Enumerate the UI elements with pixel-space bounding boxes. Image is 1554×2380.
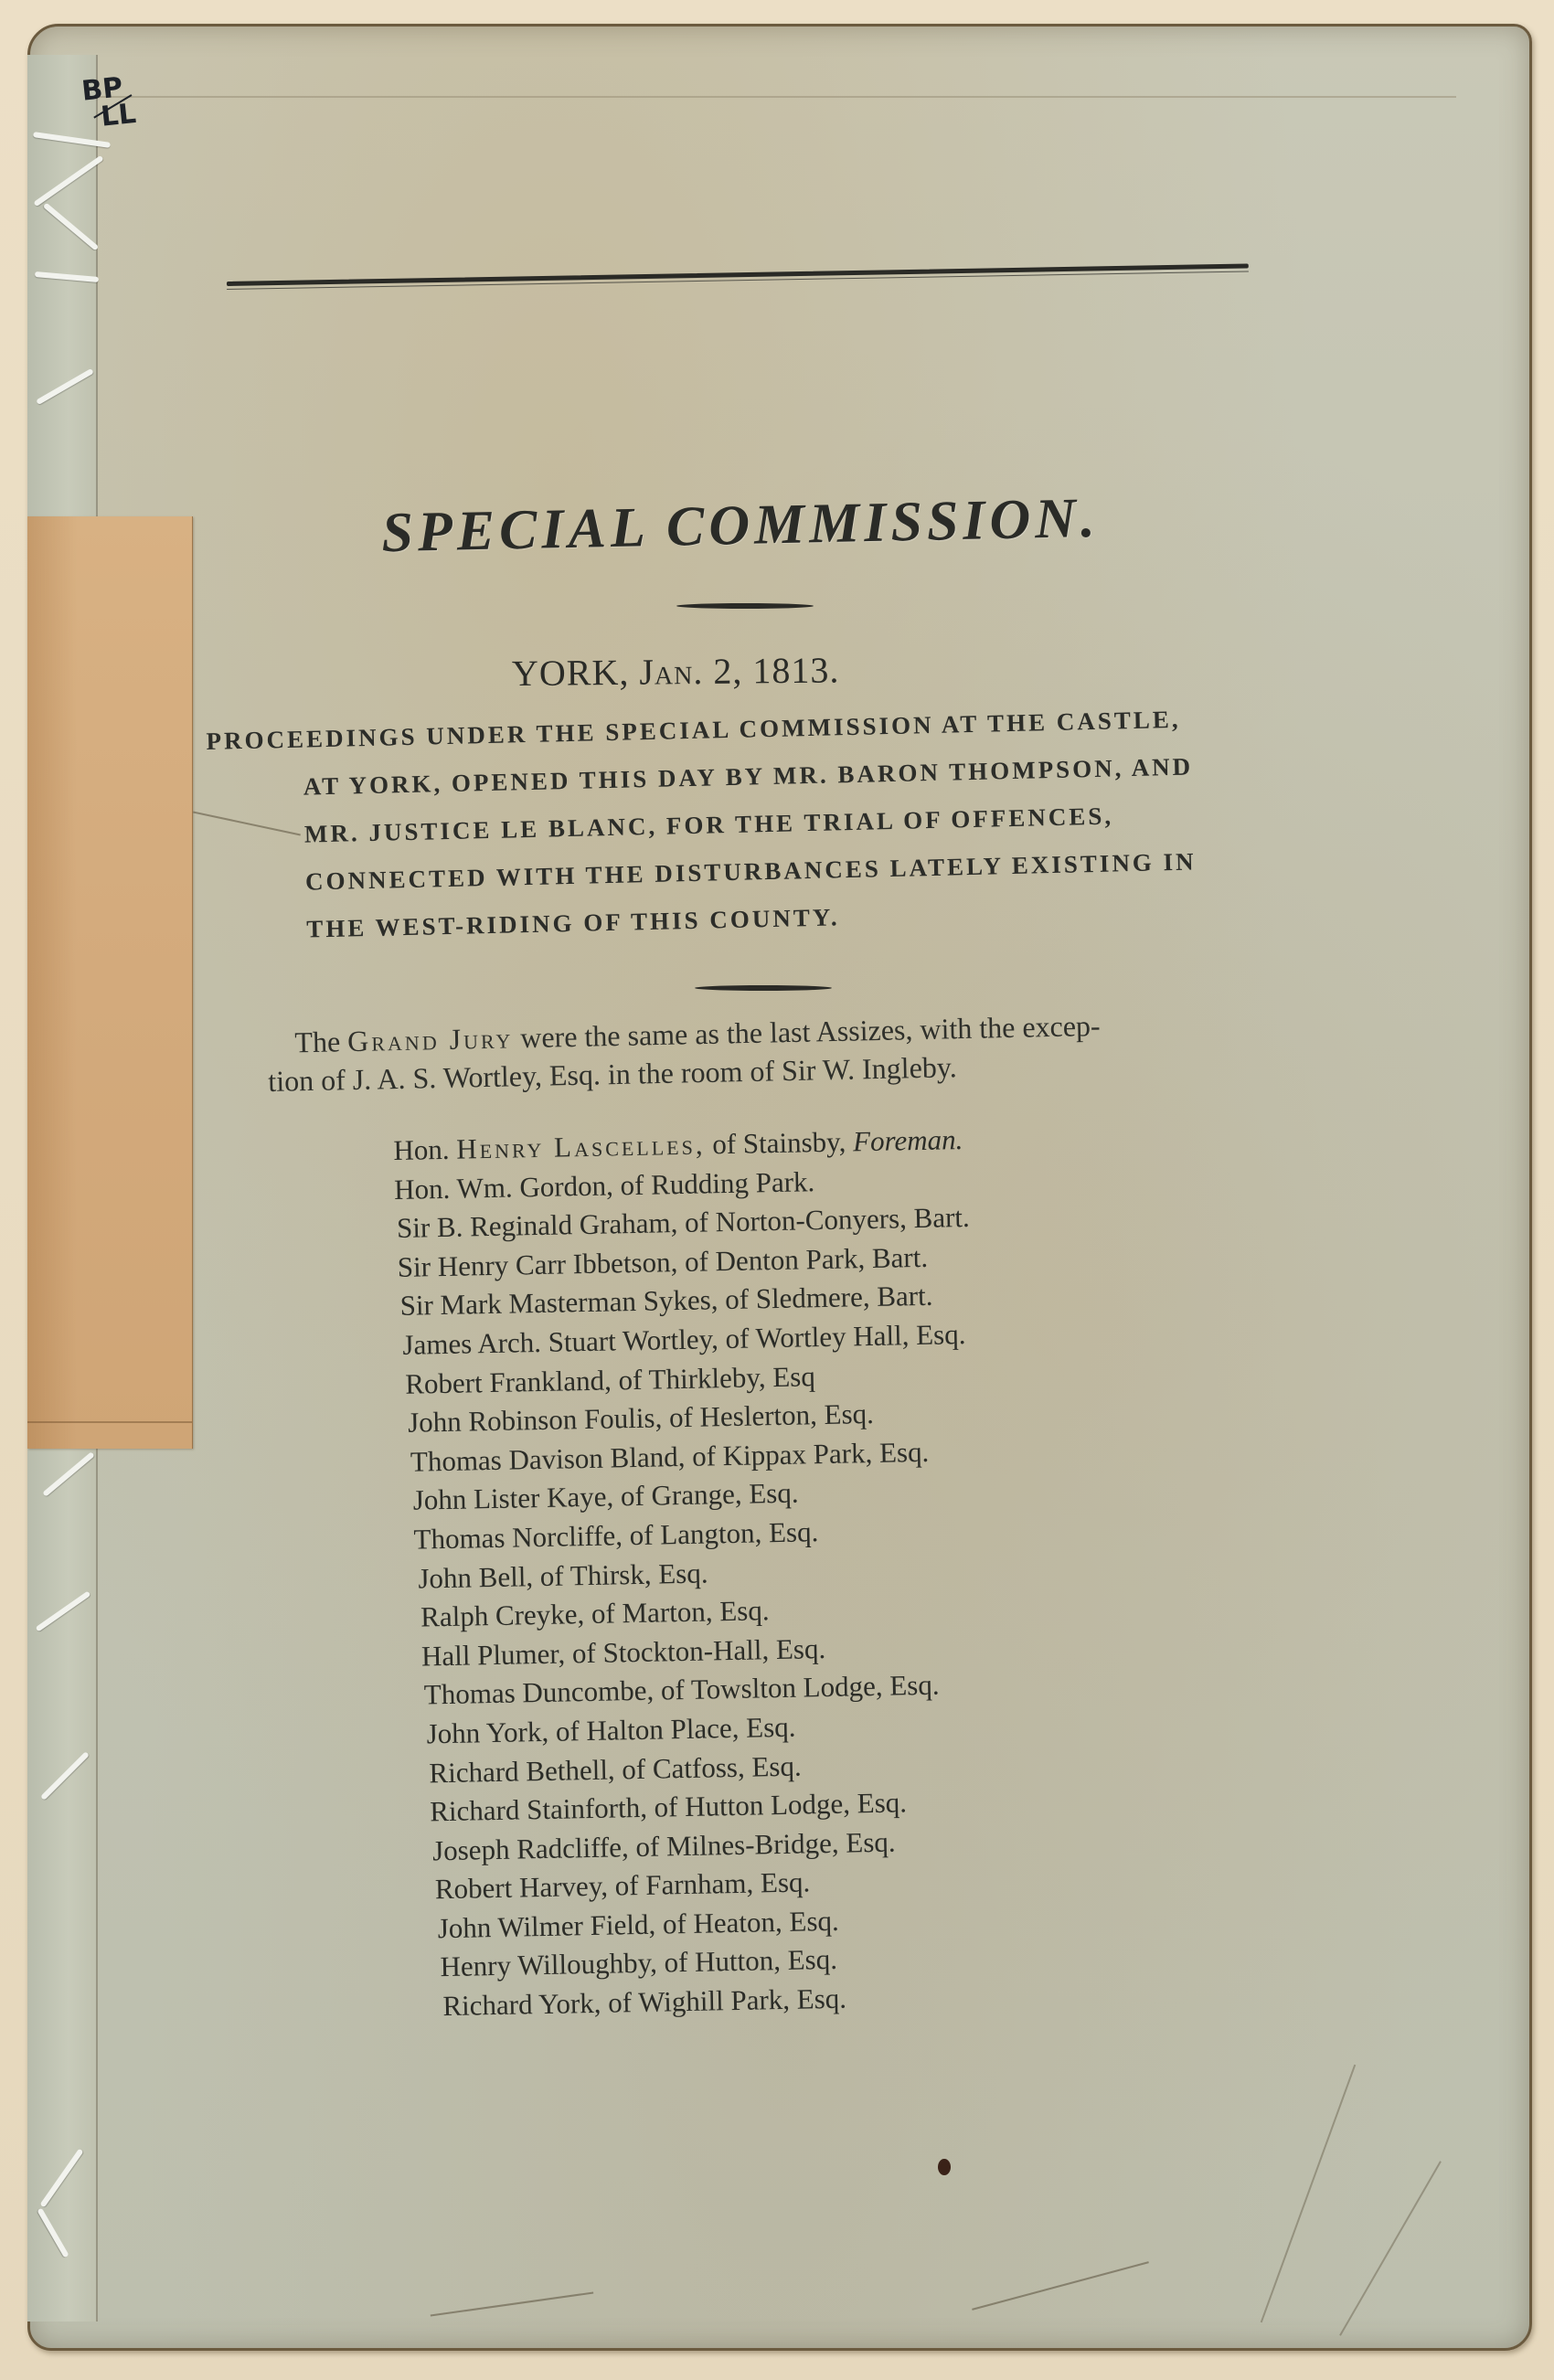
repair-tape — [27, 516, 193, 1449]
ornament-rule — [676, 603, 814, 609]
dateline: YORK, Jan. 2, 1813. — [512, 646, 1060, 695]
shelfmark-bottom: LL — [100, 99, 150, 131]
dateline-place: YORK, — [512, 652, 630, 694]
intro-prefix: The — [294, 1025, 340, 1058]
ornament-rule — [695, 985, 832, 991]
page-edge-layers — [85, 59, 1456, 98]
grand-jury-label: Grand Jury — [347, 1021, 514, 1057]
proceedings-heading: PROCEEDINGS UNDER THE SPECIAL COMMISSION… — [206, 693, 1281, 954]
ink-spot — [938, 2159, 951, 2175]
foreman-label: Foreman. — [853, 1123, 963, 1157]
tape-fold-line — [27, 1421, 192, 1423]
dateline-day-year: 2, 1813. — [713, 649, 839, 691]
handwritten-shelfmark: BP LL — [80, 72, 152, 152]
juror-list: Hon. Henry Lascelles, of Stainsby, Forem… — [393, 1116, 1233, 2027]
dateline-month: Jan. — [639, 651, 703, 693]
